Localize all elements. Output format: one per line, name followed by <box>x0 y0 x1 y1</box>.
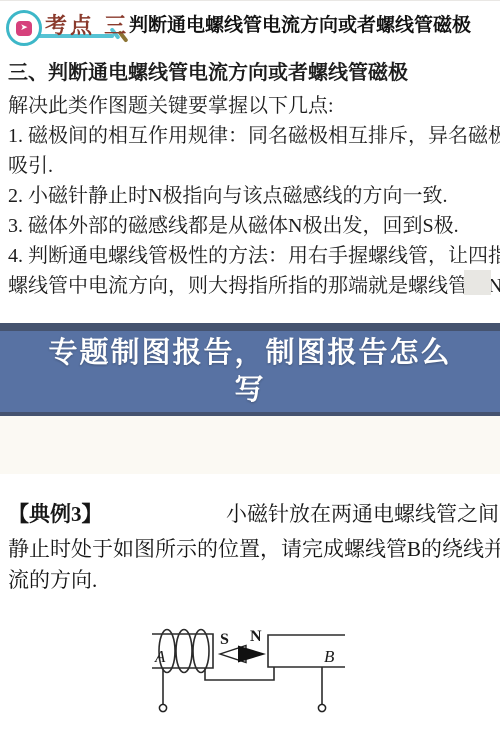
topic-badge-icon: ➤ <box>6 10 42 46</box>
gray-artifact-box <box>464 270 491 295</box>
point-line: 螺线管中电流方向，则大拇指所指的那端就是螺线管的N极 . <box>8 269 496 298</box>
example-text-line2: 静止时处于如图所示的位置，请完成螺线管B的绕线并标出电 <box>8 533 500 563</box>
arrow-pen-icon: ➤ <box>16 21 32 36</box>
coil-winding <box>176 630 192 673</box>
example-text-line1: 小磁针放在两通电螺线管之间， <box>226 498 500 528</box>
coil-winding <box>193 630 209 673</box>
page: ➤ 考点 三 判断通电螺线管电流方向或者螺线管磁极 三、判断通电螺线管电流方向或… <box>0 0 500 739</box>
example-tag: 【典例3】 <box>8 498 103 528</box>
topic-badge-label: 考点 三 <box>45 9 129 40</box>
terminal-a <box>159 704 166 711</box>
spacer-strip <box>0 416 500 474</box>
terminal-b <box>318 704 325 711</box>
point-line: 3. 磁体外部的磁感线都是从磁体N极出发，回到S极. <box>8 209 496 238</box>
point-line: 1. 磁极间的相互作用规律：同名磁极相互排斥，异名磁极相互 <box>8 119 496 148</box>
compass-needle-north-half <box>238 646 266 663</box>
wire-a-to-b <box>205 667 274 680</box>
label-solenoid-a: A <box>154 647 166 666</box>
example-text-line3: 流的方向. <box>8 564 97 594</box>
label-solenoid-b: B <box>324 647 335 666</box>
body-heading: 三、判断通电螺线管电流方向或者螺线管磁极 <box>8 56 496 85</box>
banner-title-line2: 写 <box>234 372 265 409</box>
body-intro: 解决此类作图题关键要掌握以下几点: <box>8 89 496 118</box>
point-line: 4. 判断通电螺线管极性的方法：用右手握螺线管，让四指指向 <box>8 239 496 268</box>
section-title: 判断通电螺线管电流方向或者螺线管磁极 <box>129 10 471 37</box>
article-title-banner: 专题制图报告，制图报告怎么 写 <box>0 323 500 416</box>
point-line: 吸引. <box>8 149 496 178</box>
label-pole-s: S <box>220 631 229 648</box>
banner-title-line1: 专题制图报告，制图报告怎么 <box>48 335 451 372</box>
point-line: 2. 小磁针静止时N极指向与该点磁感线的方向一致. <box>8 179 496 208</box>
solenoid-diagram: A B S N <box>0 601 500 739</box>
label-pole-n: N <box>250 628 262 645</box>
